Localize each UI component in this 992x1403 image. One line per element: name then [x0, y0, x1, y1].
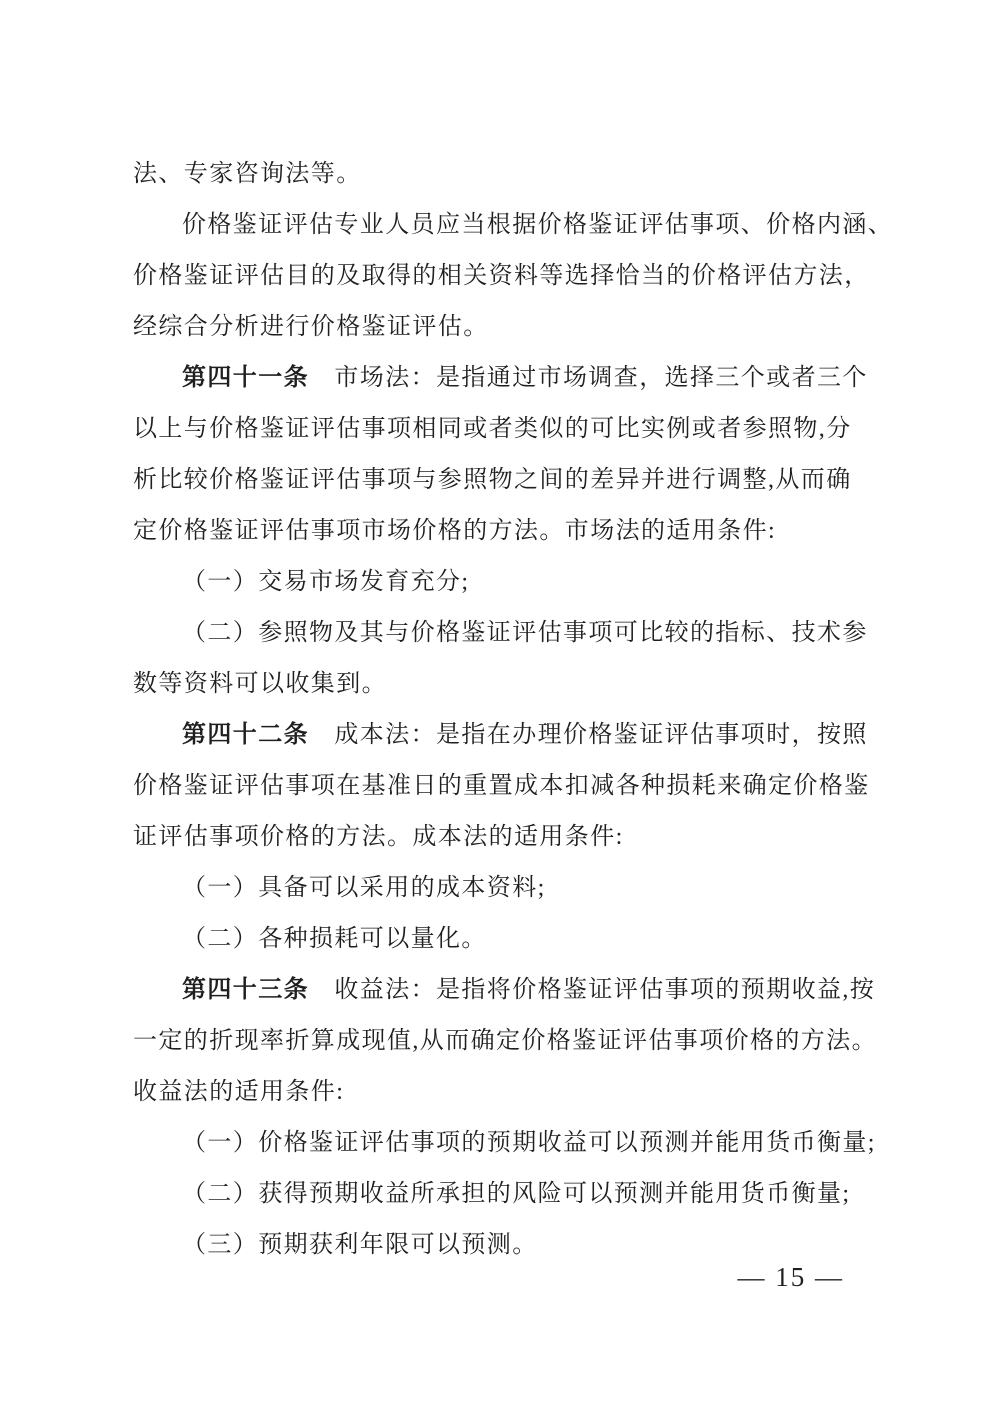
text-line: （二）各种损耗可以量化。 — [133, 914, 863, 965]
text-line: 价格鉴证评估专业人员应当根据价格鉴证评估事项、价格内涵、 — [133, 200, 863, 251]
text-line: 第四十一条 市场法：是指通过市场调查，选择三个或者三个 — [133, 353, 863, 404]
text-line: 法、专家咨询法等。 — [133, 149, 863, 200]
text-line: 经综合分析进行价格鉴证评估。 — [133, 302, 863, 353]
document-body: 法、专家咨询法等。价格鉴证评估专业人员应当根据价格鉴证评估事项、价格内涵、价格鉴… — [133, 149, 863, 1271]
text-line: （一）交易市场发育充分; — [133, 557, 863, 608]
text-line: （二）参照物及其与价格鉴证评估事项可比较的指标、技术参 — [133, 608, 863, 659]
text-line: 收益法的适用条件: — [133, 1067, 863, 1118]
text-line: 一定的折现率折算成现值,从而确定价格鉴证评估事项价格的方法。 — [133, 1016, 863, 1067]
text-line: （二）获得预期收益所承担的风险可以预测并能用货币衡量; — [133, 1169, 863, 1220]
text-line: 价格鉴证评估目的及取得的相关资料等选择恰当的价格评估方法， — [133, 251, 863, 302]
text-line: 数等资料可以收集到。 — [133, 659, 863, 710]
article-number: 第四十三条 — [182, 977, 309, 1003]
text-line: 析比较价格鉴证评估事项与参照物之间的差异并进行调整,从而确 — [133, 455, 863, 506]
text-line: 第四十三条 收益法：是指将价格鉴证评估事项的预期收益,按 — [133, 965, 863, 1016]
document-page: 法、专家咨询法等。价格鉴证评估专业人员应当根据价格鉴证评估事项、价格内涵、价格鉴… — [0, 0, 992, 1403]
text-line: 价格鉴证评估事项在基准日的重置成本扣减各种损耗来确定价格鉴 — [133, 761, 863, 812]
article-number: 第四十二条 — [182, 722, 309, 748]
page-number: — 15 — — [738, 1259, 845, 1295]
text-line: 证评估事项价格的方法。成本法的适用条件: — [133, 812, 863, 863]
text-line: 第四十二条 成本法：是指在办理价格鉴证评估事项时，按照 — [133, 710, 863, 761]
text-line: 定价格鉴证评估事项市场价格的方法。市场法的适用条件: — [133, 506, 863, 557]
text-line: 以上与价格鉴证评估事项相同或者类似的可比实例或者参照物,分 — [133, 404, 863, 455]
article-number: 第四十一条 — [182, 365, 309, 391]
text-line: （一）具备可以采用的成本资料; — [133, 863, 863, 914]
text-line: （一）价格鉴证评估事项的预期收益可以预测并能用货币衡量; — [133, 1118, 863, 1169]
